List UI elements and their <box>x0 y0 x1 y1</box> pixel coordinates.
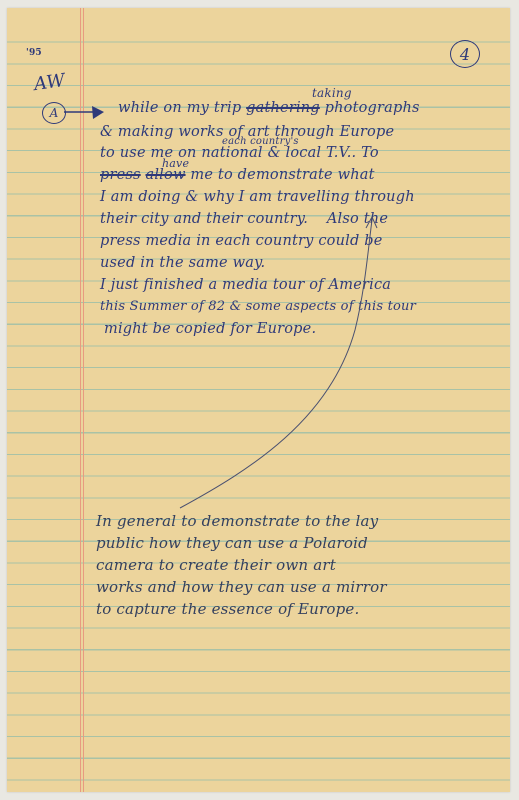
paragraph-b-line-4: works and how they can use a mirror <box>96 578 387 596</box>
initials-signature: AW <box>33 70 67 95</box>
margin-line-right <box>83 8 84 792</box>
paragraph-a-line-7: press media in each country could be <box>100 233 383 249</box>
paragraph-a-line-9: I just finished a media tour of America <box>100 277 391 293</box>
paragraph-a-line-5: I am doing & why I am travelling through <box>100 189 415 205</box>
text-segment: me to demonstrate what <box>190 167 374 183</box>
paragraph-b-line-3: camera to create their own art <box>96 556 336 574</box>
insert-word-taking: taking <box>312 86 352 100</box>
paragraph-a-line-1: while on my trip gathering photographs <box>118 100 420 116</box>
corner-note: '95 <box>26 48 42 58</box>
paragraph-a-line-3: to use me on national & local T.V.. To <box>100 145 379 161</box>
struck-word-gathering: gathering <box>246 100 320 116</box>
struck-word-press: press <box>100 167 141 183</box>
text-segment: while on my trip <box>118 100 241 116</box>
paragraph-b-line-2: public how they can use a Polaroid <box>96 534 368 552</box>
margin-line-left <box>80 8 81 792</box>
paragraph-a-line-10: this Summer of 82 & some aspects of this… <box>100 299 416 314</box>
page-number-circle: 4 <box>450 40 480 68</box>
paragraph-b-line-5: to capture the essence of Europe. <box>96 600 359 618</box>
paragraph-b-line-1: In general to demonstrate to the lay <box>96 512 378 530</box>
text-segment: their city and their country. <box>100 211 308 227</box>
page-number: 4 <box>460 45 470 64</box>
section-marker: A <box>50 106 59 120</box>
struck-word-allow: allow <box>146 167 186 183</box>
text-segment: Also the <box>327 211 388 227</box>
section-marker-circle: A <box>42 102 66 124</box>
paragraph-a-line-11: might be copied for Europe. <box>104 321 316 337</box>
text-segment: national & local T.V.. To <box>201 145 379 161</box>
text-segment: photographs <box>325 100 420 116</box>
paragraph-a-line-4: press allow me to demonstrate what <box>100 167 375 183</box>
paragraph-a-line-6: their city and their country. Also the <box>100 211 388 227</box>
paragraph-a-line-8: used in the same way. <box>100 255 265 271</box>
